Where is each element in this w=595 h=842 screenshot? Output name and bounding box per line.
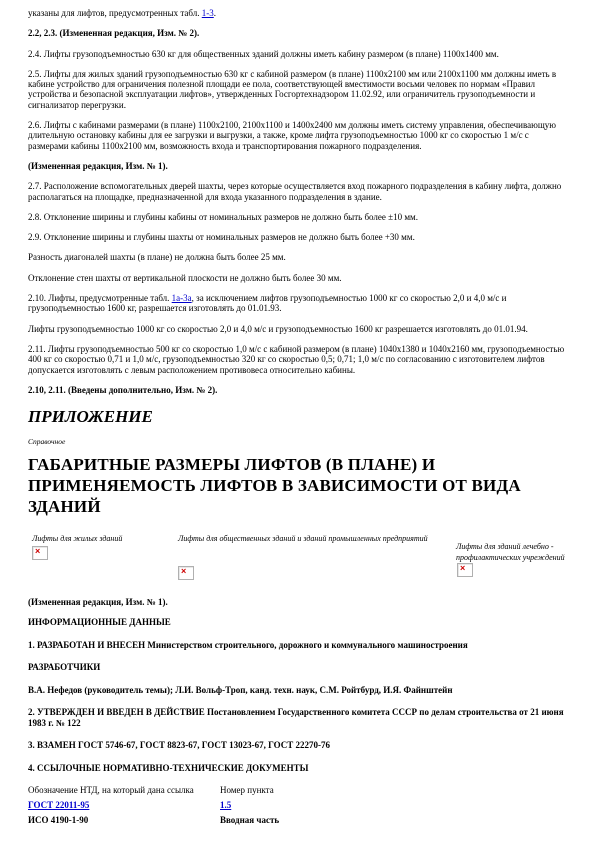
info-developers-list: В.А. Нефедов (руководитель темы); Л.И. В… <box>28 685 570 696</box>
info-reference-docs-heading: 4. ССЫЛОЧНЫЕ НОРМАТИВНО-ТЕХНИЧЕСКИЕ ДОКУ… <box>28 763 570 774</box>
info-heading: ИНФОРМАЦИОННЫЕ ДАННЫЕ <box>28 617 570 628</box>
link-point-1-5[interactable]: 1.5 <box>220 800 231 810</box>
paragraph-intro: указаны для лифтов, предусмотренных табл… <box>28 8 570 18</box>
figure-caption-medical-text: Лифты для зданий лечебно - профилактичес… <box>456 542 565 562</box>
table-row: ГОСТ 22011-95 1.5 <box>28 800 279 815</box>
figure-caption-medical: Лифты для зданий лечебно - профилактичес… <box>456 541 568 577</box>
figure-caption-residential: Лифты для жилых зданий <box>32 533 122 544</box>
paragraph-2-10: 2.10. Лифты, предусмотренные табл. 1а-3а… <box>28 293 570 314</box>
info-replaces: 3. ВЗАМЕН ГОСТ 5746-67, ГОСТ 8823-67, ГО… <box>28 740 570 751</box>
table-header-point: Номер пункта <box>220 785 279 800</box>
appendix-amendment-note: (Измененная редакция, Изм. № 1). <box>28 597 570 607</box>
document-page: указаны для лифтов, предусмотренных табл… <box>0 0 595 830</box>
broken-image-icon: × <box>181 566 186 577</box>
reference-documents-table: Обозначение НТД, на который дана ссылка … <box>28 785 279 830</box>
paragraph-2-2-2-3: 2.2, 2.3. (Измененная редакция, Изм. № 2… <box>28 28 570 38</box>
paragraph-2-9: 2.9. Отклонение ширины и глубины шахты о… <box>28 232 570 242</box>
table-cell-ntd: ИСО 4190-1-90 <box>28 815 220 830</box>
table-cell-point: Вводная часть <box>220 815 279 830</box>
table-header-ntd: Обозначение НТД, на который дана ссылка <box>28 785 220 800</box>
broken-image-residential: × <box>32 546 48 560</box>
broken-image-icon: × <box>35 546 40 557</box>
appendix-heading: ГАБАРИТНЫЕ РАЗМЕРЫ ЛИФТОВ (В ПЛАНЕ) И ПР… <box>28 454 580 517</box>
information-data-section: ИНФОРМАЦИОННЫЕ ДАННЫЕ 1. РАЗРАБОТАН И ВН… <box>28 617 570 773</box>
link-tables-1-3[interactable]: 1-3 <box>202 8 214 18</box>
info-developers-heading: РАЗРАБОТЧИКИ <box>28 662 570 673</box>
paragraph-2-6: 2.6. Лифты с кабинами размерами (в плане… <box>28 120 570 151</box>
link-gost-22011-95[interactable]: ГОСТ 22011-95 <box>28 800 89 810</box>
paragraph-2-5: 2.5. Лифты для жилых зданий грузоподъемн… <box>28 69 570 110</box>
figures-block: Лифты для жилых зданий × Лифты для общес… <box>28 533 570 593</box>
info-developed-by: 1. РАЗРАБОТАН И ВНЕСЕН Министерством стр… <box>28 640 570 651</box>
paragraph-2-10-pre: 2.10. Лифты, предусмотренные табл. <box>28 293 172 303</box>
table-row: ИСО 4190-1-90 Вводная часть <box>28 815 279 830</box>
paragraph-2-11: 2.11. Лифты грузоподъемностью 500 кг со … <box>28 344 570 375</box>
table-header-row: Обозначение НТД, на который дана ссылка … <box>28 785 279 800</box>
info-approved: 2. УТВЕРЖДЕН И ВВЕДЕН В ДЕЙСТВИЕ Постано… <box>28 707 570 728</box>
paragraph-2-7: 2.7. Расположение вспомогательных дверей… <box>28 181 570 202</box>
appendix-subtitle: Справочное <box>28 437 570 446</box>
paragraph-2-10-2-11-note: 2.10, 2.11. (Введены дополнительно, Изм.… <box>28 385 570 395</box>
broken-image-medical: × <box>457 563 473 577</box>
paragraph-2-8: 2.8. Отклонение ширины и глубины кабины … <box>28 212 570 222</box>
paragraph-intro-post: . <box>214 8 216 18</box>
link-tables-1a-3a[interactable]: 1а-3а <box>172 293 192 303</box>
paragraph-2-4: 2.4. Лифты грузоподъемностью 630 кг для … <box>28 49 570 59</box>
paragraph-1000kg: Лифты грузоподъемностью 1000 кг со скоро… <box>28 324 570 334</box>
paragraph-walls: Отклонение стен шахты от вертикальной пл… <box>28 273 570 283</box>
appendix-title: ПРИЛОЖЕНИЕ <box>28 407 570 427</box>
paragraph-intro-pre: указаны для лифтов, предусмотренных табл… <box>28 8 202 18</box>
paragraph-diagonals: Разность диагоналей шахты (в плане) не д… <box>28 252 570 262</box>
paragraph-amendment-1: (Измененная редакция, Изм. № 1). <box>28 161 570 171</box>
broken-image-icon: × <box>460 563 465 574</box>
broken-image-public: × <box>178 566 194 580</box>
